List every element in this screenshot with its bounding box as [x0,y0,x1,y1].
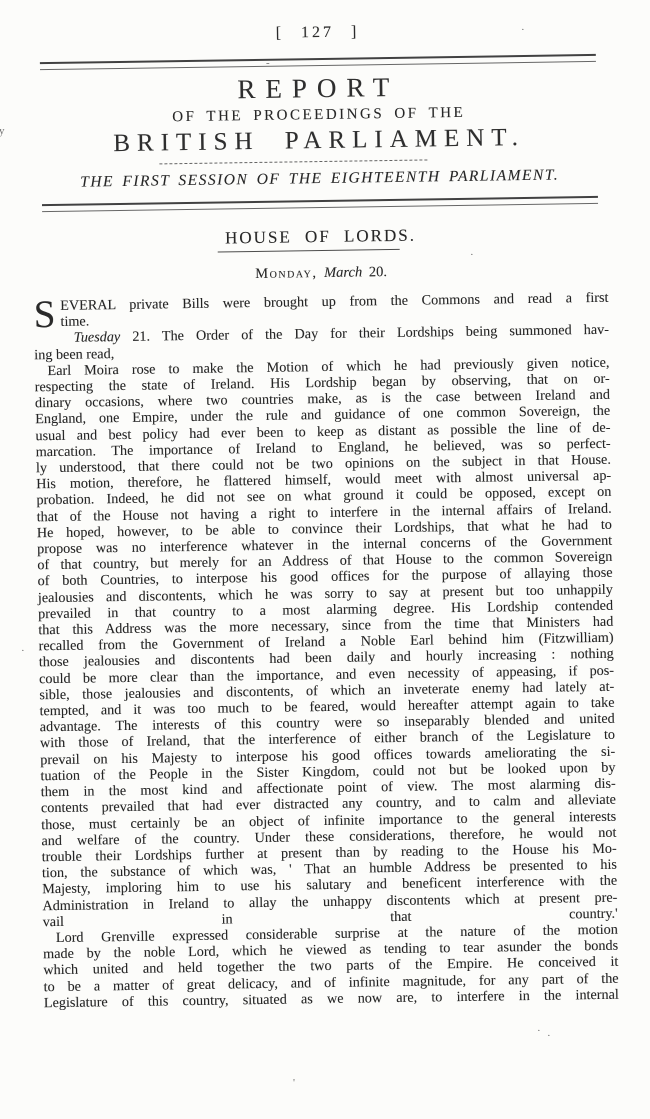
scan-artifact-mark: · [521,25,525,35]
scan-artifact-mark: - [417,136,421,146]
date-day: Monday, [255,265,317,282]
scan-artifact-mark: · [537,1026,541,1036]
double-rule-top [40,54,596,70]
double-rule-bottom [42,196,598,212]
body-paragraphs: SEVERAL private Bills were brought up fr… [33,290,619,1011]
report-title: REPORT [0,69,643,107]
paragraph: Earl Moira rose to make the Motion of wh… [34,355,617,931]
scanned-page: [ 127 ] REPORT OF THE PROCEEDINGS OF THE… [0,0,650,1119]
scan-artifact-mark: - [266,58,270,68]
house-of-lords-heading: HOUSE OF LORDS. [0,223,646,251]
dashed-rule [159,159,427,164]
page-number: [ 127 ] [0,19,643,47]
session-line: THE FIRST SESSION OF THE EIGHTEENTH PARL… [0,165,645,193]
scan-artifact-mark: · [547,1031,551,1041]
scan-artifact-mark: ' [293,1078,295,1088]
parliament-title: BRITISH PARLIAMENT. [0,122,644,159]
date-month: March [324,264,362,281]
page-content: [ 127 ] REPORT OF THE PROCEEDINGS OF THE… [0,0,650,1012]
paragraph: Lord Grenville expressed considerable su… [43,922,619,1012]
scan-artifact-mark: y [0,126,5,136]
scan-artifact-mark: · [470,250,474,260]
date-number: 20. [369,264,387,280]
sitting-date: Monday, March 20. [0,260,646,286]
heading-underline [218,249,400,253]
drop-cap: S [33,299,55,331]
scan-artifact-mark: · [21,646,25,656]
